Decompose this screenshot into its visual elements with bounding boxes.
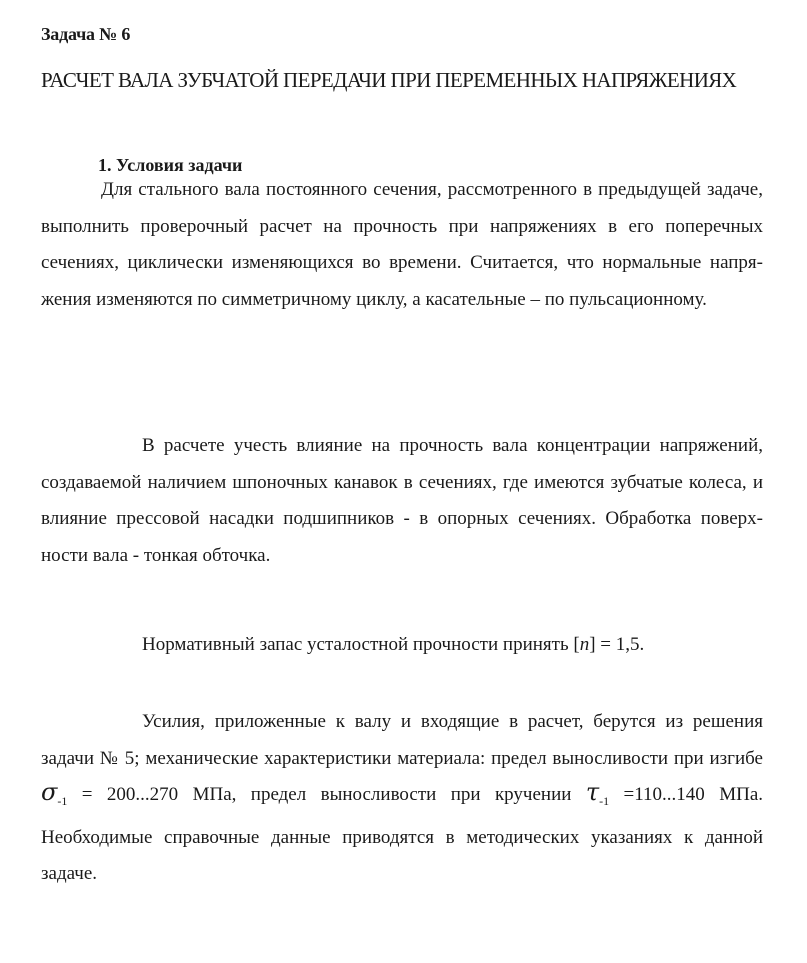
paragraph-conditions: Для стального вала постоянного сечения, … [41,172,763,318]
sigma-subscript: -1 [57,794,67,808]
tau-symbol: τ [586,778,599,806]
document-page: Задача № 6 РАСЧЕТ ВАЛА ЗУБЧАТОЙ ПЕРЕДАЧИ… [0,0,807,963]
paragraph-safety-factor: Нормативный запас усталостной прочности … [41,627,763,664]
tau-subscript: -1 [599,794,609,808]
task-number: Задача № 6 [41,24,130,45]
safety-factor-text-after: ] = 1,5. [589,634,644,655]
task-title: РАСЧЕТ ВАЛА ЗУБЧАТОЙ ПЕРЕДАЧИ ПРИ ПЕРЕМЕ… [41,68,781,92]
safety-factor-variable: n [580,634,590,655]
sigma-symbol: σ [41,778,57,806]
safety-factor-text-before: Нормативный запас усталостной прочности … [142,634,580,655]
loads-and-material-text: Усилия, приложенные к валу и входящие в … [41,711,763,769]
sigma-value-text: = 200...270 МПа, предел выносливости при… [67,784,585,805]
paragraph-stress-concentration: В расчете учесть влияние на прочность ва… [41,428,763,574]
paragraph-material-properties: Усилия, приложенные к валу и входящие в … [41,704,763,893]
